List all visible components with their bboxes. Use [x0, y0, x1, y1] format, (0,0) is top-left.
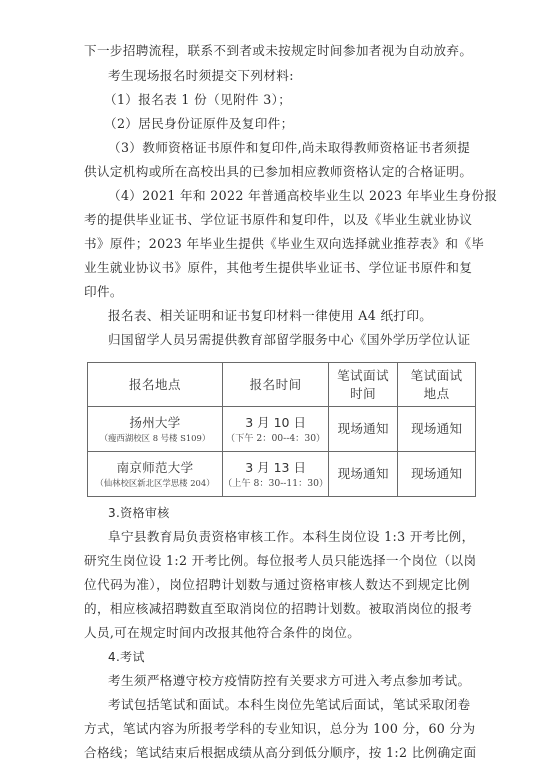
- cell-exam-time: 现场通知: [329, 407, 398, 452]
- paragraph-line: 方式，笔试内容为所报考学科的专业知识，总分为 100 分，60 分为: [84, 721, 470, 737]
- paragraph-line: 阜宁县教育局负责资格审核工作。本科生岗位设 1:3 开考比例，: [108, 529, 470, 545]
- section-heading: 3.资格审核: [108, 505, 494, 521]
- paragraph-line: 合格线；笔试结束后根据成绩从高分到低分顺序，按 1:2 比例确定面: [84, 745, 470, 761]
- paragraph-line: 人员,可在规定时间内改报其他符合条件的岗位。: [84, 625, 470, 641]
- reg-date: 3 月 10 日: [223, 414, 328, 432]
- paragraph-line: 报名表、相关证明和证书复印材料一律使用 A4 纸打印。: [108, 308, 470, 324]
- table-row: 扬州大学 （瘦西湖校区 8 号楼 S109） 3 月 10 日 （下午 2：00…: [88, 407, 476, 452]
- cell-location: 南京师范大学 （仙林校区新北区学思楼 204）: [88, 452, 223, 497]
- reg-time-range: （上午 8：30--11：30）: [223, 477, 328, 490]
- header-exam-place-line2: 地点: [398, 385, 475, 403]
- table-row: 南京师范大学 （仙林校区新北区学思楼 204） 3 月 13 日 （上午 8：3…: [88, 452, 476, 497]
- paragraph-line: 考试包括笔试和面试。本科生岗位先笔试后面试，笔试采取闭卷: [108, 697, 470, 713]
- list-item: （2）居民身份证原件及复印件；: [104, 116, 490, 132]
- paragraph-line: 的，相应核减招聘数直至取消岗位的招聘计划数。被取消岗位的报考: [84, 601, 470, 617]
- reg-date: 3 月 13 日: [223, 459, 328, 477]
- header-exam-time: 笔试面试 时间: [329, 363, 398, 407]
- paragraph-line: 印件。: [84, 284, 470, 300]
- paragraph-line: 考生须严格遵守校方疫情防控有关要求方可进入考点参加考试。: [108, 673, 470, 689]
- header-exam-time-line1: 笔试面试: [329, 367, 397, 385]
- header-exam-place-line1: 笔试面试: [398, 367, 475, 385]
- schedule-table: 报名地点 报名时间 笔试面试 时间 笔试面试 地点 扬州大学 （瘦西湖校区 8 …: [87, 362, 476, 497]
- location-detail: （瘦西湖校区 8 号楼 S109）: [88, 432, 222, 445]
- cell-exam-place: 现场通知: [398, 452, 476, 497]
- reg-time-range: （下午 2：00--4：30）: [223, 432, 328, 445]
- list-item: （1）报名表 1 份（见附件 3）；: [104, 92, 490, 108]
- paragraph-line: 归国留学人员另需提供教育部留学服务中心《国外学历学位认证: [108, 332, 470, 348]
- location-name: 扬州大学: [88, 414, 222, 432]
- cell-reg-time: 3 月 10 日 （下午 2：00--4：30）: [223, 407, 329, 452]
- location-name: 南京师范大学: [88, 459, 222, 477]
- paragraph-line: 业生就业协议书》原件，其他考生提供毕业证书、学位证书原件和复: [84, 260, 470, 276]
- header-exam-place: 笔试面试 地点: [398, 363, 476, 407]
- list-item: （3）教师资格证书原件和复印件,尚未取得教师资格证书者须提: [108, 140, 470, 156]
- document-page: 下一步招聘流程，联系不到者或未按规定时间参加者视为自动放弃。 考生现场报名时须提…: [0, 0, 554, 783]
- location-detail: （仙林校区新北区学思楼 204）: [88, 477, 222, 490]
- header-reg-time: 报名时间: [223, 363, 329, 407]
- paragraph-line: 研究生岗位设 1:2 开考比例。每位报考人员只能选择一个岗位（以岗: [84, 553, 470, 569]
- paragraph-line: 书》原件；2023 年毕业生提供《毕业生双向选择就业推荐表》和《毕: [84, 236, 470, 252]
- cell-exam-time: 现场通知: [329, 452, 398, 497]
- cell-location: 扬州大学 （瘦西湖校区 8 号楼 S109）: [88, 407, 223, 452]
- paragraph-line: 考生现场报名时须提交下列材料:: [108, 68, 470, 84]
- section-heading: 4.考试: [108, 649, 494, 665]
- paragraph-line: 位代码为准），岗位招聘计划数与通过资格审核人数达不到规定比例: [84, 577, 470, 593]
- list-item: （4）2021 年和 2022 年普通高校毕业生以 2023 年毕业生身份报: [108, 188, 470, 204]
- paragraph-line: 下一步招聘流程，联系不到者或未按规定时间参加者视为自动放弃。: [84, 43, 470, 59]
- paragraph-line: 供认定机构或所在高校出具的已参加相应教师资格认定的合格证明。: [84, 164, 470, 180]
- cell-reg-time: 3 月 13 日 （上午 8：30--11：30）: [223, 452, 329, 497]
- cell-exam-place: 现场通知: [398, 407, 476, 452]
- header-exam-time-line2: 时间: [329, 385, 397, 403]
- paragraph-line: 考的提供毕业证书、学位证书原件和复印件，以及《毕业生就业协议: [84, 212, 470, 228]
- header-location: 报名地点: [88, 363, 223, 407]
- table-header-row: 报名地点 报名时间 笔试面试 时间 笔试面试 地点: [88, 363, 476, 407]
